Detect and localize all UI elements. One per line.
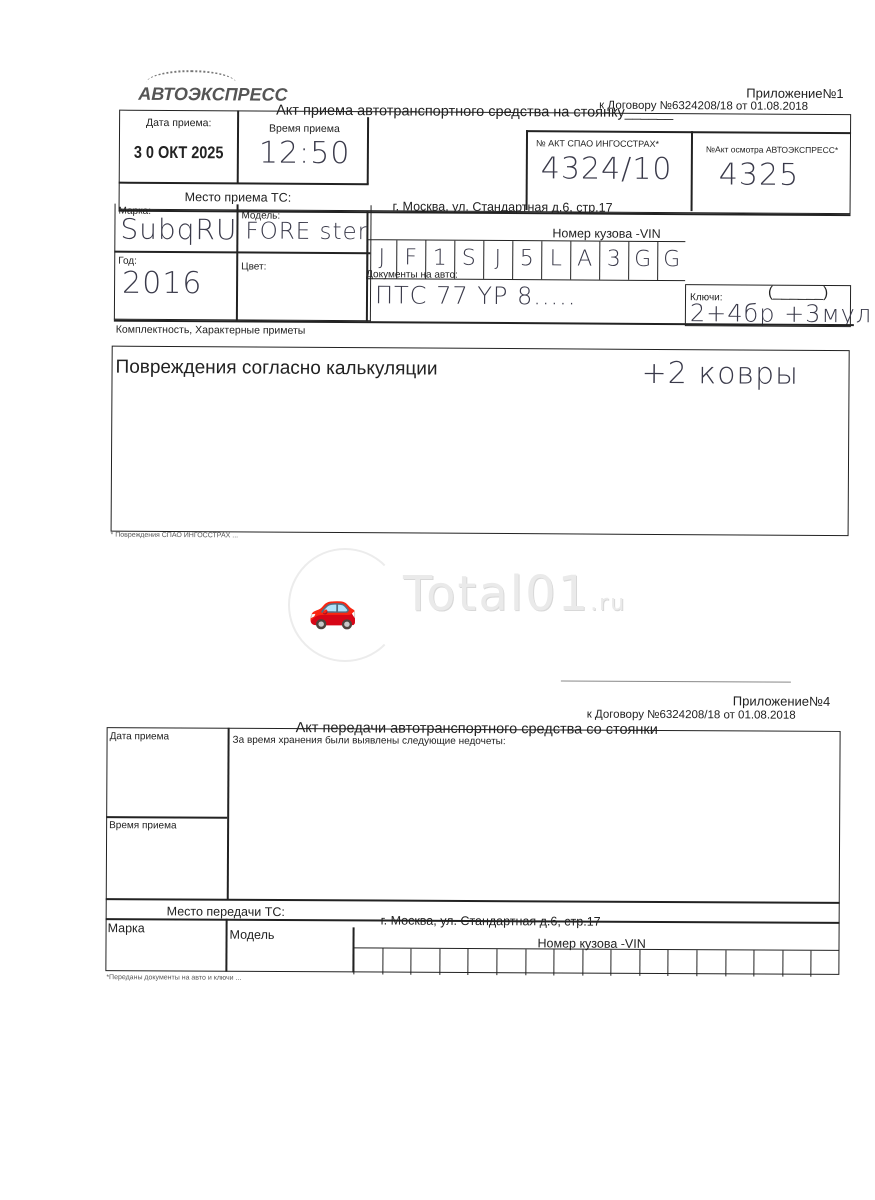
release-vin-char-box[interactable] bbox=[611, 950, 640, 976]
release-date-field[interactable] bbox=[108, 746, 225, 815]
release-model-field[interactable] bbox=[229, 944, 349, 971]
release-vin-char-box[interactable] bbox=[411, 949, 440, 975]
release-footnote: *Переданы документы на авто и ключи ... bbox=[106, 974, 241, 982]
release-model-label: Модель bbox=[230, 928, 275, 942]
release-make-label: Марка bbox=[108, 921, 145, 935]
release-vin-char-box[interactable] bbox=[668, 950, 697, 976]
defects-field[interactable] bbox=[230, 751, 837, 899]
release-time-label: Время приема bbox=[109, 820, 176, 831]
release-place-label: Место передачи ТС: bbox=[167, 904, 285, 919]
release-vin-char-box[interactable] bbox=[553, 949, 582, 975]
release-time-field[interactable] bbox=[108, 834, 225, 897]
release-vin-char-box[interactable] bbox=[382, 949, 411, 975]
release-vin-char-box[interactable] bbox=[754, 950, 783, 976]
release-make-field[interactable] bbox=[107, 938, 223, 969]
release-vin-char-box[interactable] bbox=[696, 950, 725, 976]
release-vin-char-box[interactable] bbox=[439, 949, 468, 975]
defects-label: За время хранения были выявлены следующи… bbox=[233, 735, 506, 747]
release-date-label: Дата приема bbox=[110, 731, 170, 742]
release-vin-char-box[interactable] bbox=[639, 950, 668, 976]
release-vin-char-box[interactable] bbox=[525, 949, 554, 975]
release-vin-char-box[interactable] bbox=[496, 949, 525, 975]
release-vin-char-box[interactable] bbox=[725, 950, 754, 976]
release-vin-char-box[interactable] bbox=[782, 951, 811, 977]
release-vin-char-box[interactable] bbox=[468, 949, 497, 975]
release-vin-grid bbox=[353, 947, 839, 977]
release-appendix-number: Приложение№4 bbox=[733, 693, 831, 709]
release-vin-char-box[interactable] bbox=[353, 948, 382, 974]
release-vin-char-box[interactable] bbox=[811, 951, 840, 977]
release-contract-reference: к Договору №6324208/18 от 01.08.2018 bbox=[587, 709, 796, 722]
release-vin-char-box[interactable] bbox=[582, 950, 611, 976]
release-act-form: Приложение№4 к Договору №6324208/18 от 0… bbox=[0, 0, 875, 1200]
release-place-value: г. Москва, ул. Стандартная д.6, стр.17 bbox=[381, 914, 601, 929]
